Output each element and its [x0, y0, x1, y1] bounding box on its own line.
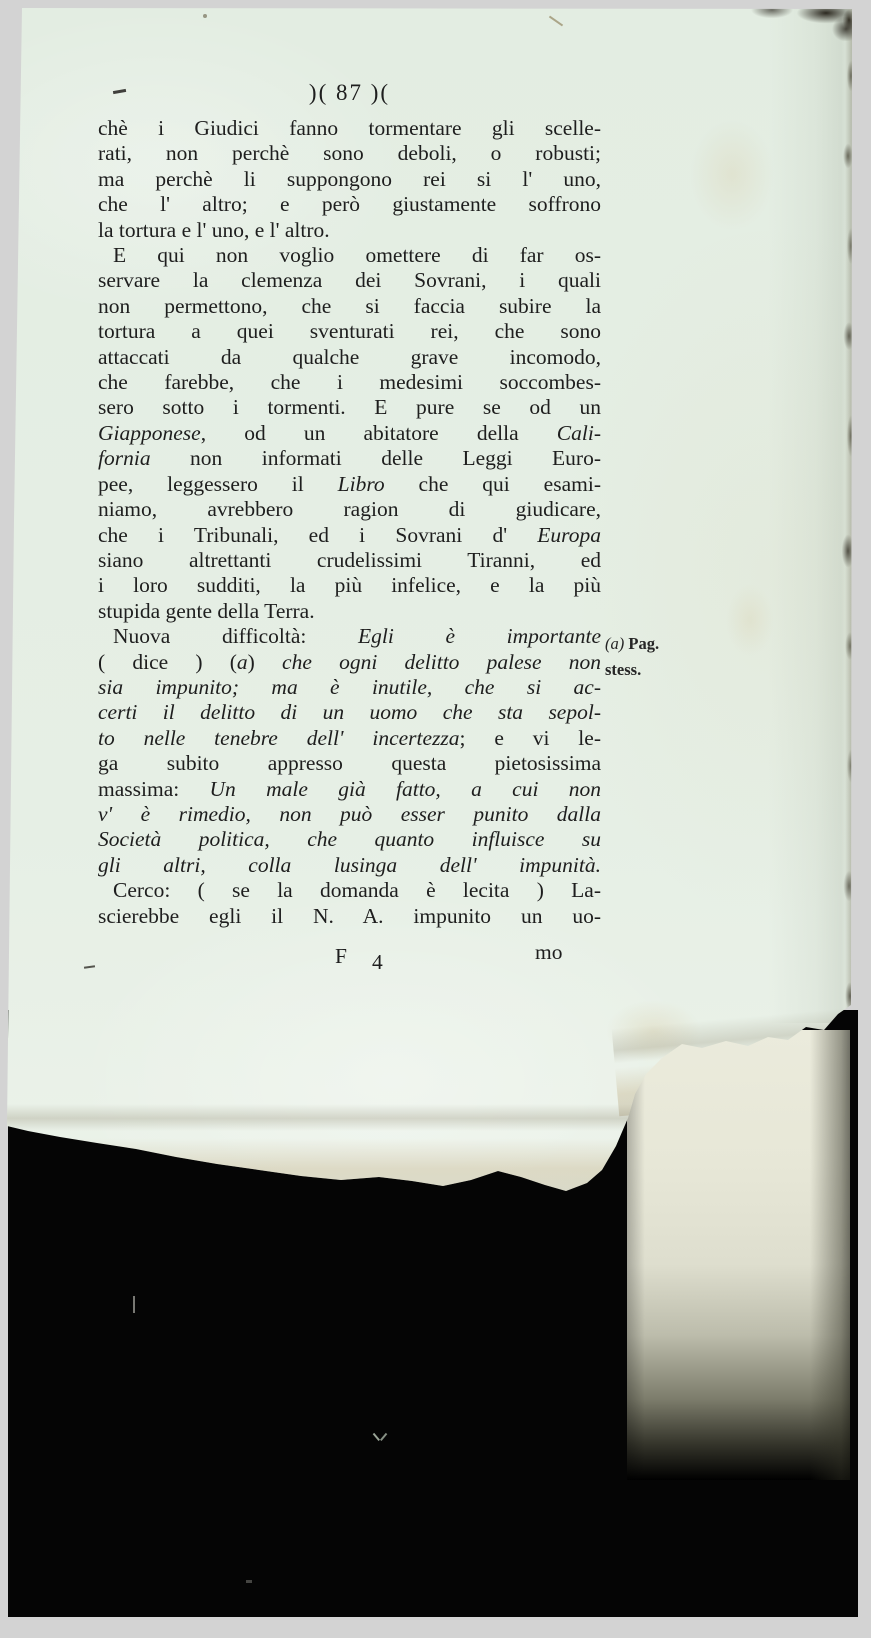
text-line: i loro sudditi, la più infelice, e la pi… — [98, 573, 601, 598]
roman-text: niamo, avrebbero ragion di giudicare, — [98, 497, 601, 521]
roman-text: sero sotto i tormenti. E pure se od un — [98, 395, 601, 419]
text-line: fornia non informati delle Leggi Euro- — [98, 446, 601, 471]
italic-text: to nelle tenebre dell' incertezza — [98, 726, 460, 750]
footnote-ref: (a) — [605, 634, 624, 653]
margin-note: (a) Pag. stess. — [605, 631, 695, 683]
italic-text: Un male già fatto, a cui non — [210, 777, 601, 801]
paper-stain — [726, 584, 774, 656]
text-line: servare la clemenza dei Sovrani, i quali — [98, 268, 601, 293]
roman-text: la tortura e l' uno, e l' altro. — [98, 218, 330, 242]
underlying-page-fore-edge — [627, 1030, 850, 1480]
scan-background: )( 87 )( chè i Giudici fanno tormentare … — [0, 0, 871, 1638]
roman-text: non informati delle Leggi Euro- — [151, 446, 601, 470]
deckle-edge — [836, 6, 854, 1041]
roman-text: i loro sudditi, la più infelice, e la pi… — [98, 573, 601, 597]
roman-text: rati, non perchè sono deboli, o robusti; — [98, 141, 601, 165]
italic-text: v' è rimedio, non può esser punito dalla — [98, 802, 601, 826]
catchword: mo — [535, 940, 562, 965]
roman-text: che l' altro; e però giustamente soffron… — [98, 192, 601, 216]
text-line: ga subito appresso questa pietosissima — [98, 751, 601, 776]
margin-note-line2: stess. — [605, 657, 695, 683]
text-line: E qui non voglio omettere di far os- — [98, 243, 601, 268]
text-line: chè i Giudici fanno tormentare gli scell… — [98, 116, 601, 141]
scratch-mark — [246, 1580, 252, 1583]
italic-text: certi il delitto di un uomo che sta sepo… — [98, 700, 601, 724]
italic-text: Cali- — [557, 421, 601, 445]
dark-corner-edge — [744, 5, 854, 41]
italic-text: che ogni delitto palese non — [282, 650, 601, 674]
roman-text: che i Tribunali, ed i Sovrani d' — [98, 523, 537, 547]
italic-text: Europa — [537, 523, 601, 547]
roman-text: che qui esami- — [385, 472, 601, 496]
signature-mark: F — [335, 944, 347, 969]
text-line: gli altri, colla lusinga dell' impunità. — [98, 853, 601, 878]
text-line: sero sotto i tormenti. E pure se od un — [98, 395, 601, 420]
signature-row: F 4 mo — [98, 944, 601, 978]
italic-text: fornia — [98, 446, 151, 470]
roman-text: ma perchè li suppongono rei si l' uno, — [98, 167, 601, 191]
text-line: rati, non perchè sono deboli, o robusti; — [98, 141, 601, 166]
italic-text: Società politica, che quanto influisce s… — [98, 827, 601, 851]
text-line: siano altrettanti crudelissimi Tiranni, … — [98, 548, 601, 573]
roman-text: pee, leggessero il — [98, 472, 338, 496]
text-line: ( dice ) (a) che ogni delitto palese non — [98, 650, 601, 675]
italic-text: a — [237, 650, 248, 674]
roman-text: ( dice ) ( — [98, 650, 237, 674]
roman-text: scierebbe egli il N. A. impunito un uo- — [98, 904, 601, 928]
text-line: sia impunito; ma è inutile, che si ac- — [98, 675, 601, 700]
italic-text: Egli è importante — [358, 624, 601, 648]
text-line: che i Tribunali, ed i Sovrani d' Europa — [98, 523, 601, 548]
ink-speck — [203, 14, 207, 18]
roman-text: , od un abitatore della — [201, 421, 557, 445]
paper-stain — [690, 118, 774, 230]
text-line: non permettono, che si faccia subire la — [98, 294, 601, 319]
text-line: v' è rimedio, non può esser punito dalla — [98, 802, 601, 827]
roman-text: siano altrettanti crudelissimi Tiranni, … — [98, 548, 601, 572]
margin-note-line1: (a) Pag. — [605, 631, 695, 657]
italic-text: Giapponese — [98, 421, 201, 445]
roman-text: Cerco: ( se la domanda è lecita ) La- — [113, 878, 601, 902]
text-line: che l' altro; e però giustamente soffron… — [98, 192, 601, 217]
text-line: Società politica, che quanto influisce s… — [98, 827, 601, 852]
roman-text: Nuova difficoltà: — [113, 624, 358, 648]
text-line: to nelle tenebre dell' incertezza; e vi … — [98, 726, 601, 751]
italic-text: Libro — [338, 472, 385, 496]
text-line: ma perchè li suppongono rei si l' uno, — [98, 167, 601, 192]
roman-text: chè i Giudici fanno tormentare gli scell… — [98, 116, 601, 140]
roman-text: servare la clemenza dei Sovrani, i quali — [98, 268, 601, 292]
italic-text: gli altri, colla lusinga dell' impunità. — [98, 853, 601, 877]
page-number-header: )( 87 )( — [98, 80, 601, 106]
roman-text: tortura a quei sventurati rei, che sono — [98, 319, 601, 343]
text-line: la tortura e l' uno, e l' altro. — [98, 218, 601, 243]
text-line: niamo, avrebbero ragion di giudicare, — [98, 497, 601, 522]
text-line: stupida gente della Terra. — [98, 599, 601, 624]
text-line: Cerco: ( se la domanda è lecita ) La- — [98, 878, 601, 903]
roman-text: ) — [248, 650, 282, 674]
roman-text: ; e vi le- — [460, 726, 601, 750]
roman-text: attaccati da qualche grave incomodo, — [98, 345, 601, 369]
body-text: chè i Giudici fanno tormentare gli scell… — [98, 116, 601, 929]
paper-scratch — [549, 16, 563, 27]
text-line: attaccati da qualche grave incomodo, — [98, 345, 601, 370]
text-line: Giapponese, od un abitatore della Cali- — [98, 421, 601, 446]
text-line: massima: Un male già fatto, a cui non — [98, 777, 601, 802]
text-line: che farebbe, che i medesimi soccombes- — [98, 370, 601, 395]
text-line: pee, leggessero il Libro che qui esami- — [98, 472, 601, 497]
roman-text: non permettono, che si faccia subire la — [98, 294, 601, 318]
roman-text: stupida gente della Terra. — [98, 599, 315, 623]
text-line: scierebbe egli il N. A. impunito un uo- — [98, 904, 601, 929]
ink-speck — [84, 965, 95, 969]
roman-text: E qui non voglio omettere di far os- — [113, 243, 601, 267]
text-line: tortura a quei sventurati rei, che sono — [98, 319, 601, 344]
scratch-mark — [133, 1296, 135, 1313]
text-line: Nuova difficoltà: Egli è importante — [98, 624, 601, 649]
signature-number: 4 — [372, 950, 383, 975]
text-line: certi il delitto di un uomo che sta sepo… — [98, 700, 601, 725]
roman-text: ga subito appresso questa pietosissima — [98, 751, 601, 775]
roman-text: che farebbe, che i medesimi soccombes- — [98, 370, 601, 394]
margin-note-label: Pag. — [628, 634, 659, 653]
roman-text: massima: — [98, 777, 210, 801]
italic-text: sia impunito; ma è inutile, che si ac- — [98, 675, 601, 699]
